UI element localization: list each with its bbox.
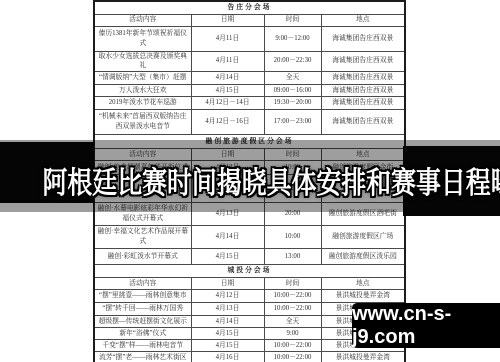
table-cell: 傣历1381年新年节颂祝祈福仪式 <box>94 26 191 51</box>
table-cell: 全天 <box>264 72 321 85</box>
table-cell: 09:00－16:00 <box>264 85 321 97</box>
watermark-text: www.cn-s-j9.com <box>352 303 500 349</box>
table-cell: 4月14日 <box>191 72 264 85</box>
table-cell: 4月11日 <box>191 26 264 51</box>
table-cell: 海诚集团告庄西双景 <box>321 110 405 135</box>
table-cell: 4月11日 <box>191 51 264 72</box>
table-cell: 13:00 <box>264 249 321 265</box>
section-title: 告庄分会场 <box>94 1 405 14</box>
table-cell: 景洪城投曼弄金湾 <box>321 290 405 303</box>
column-header: 地点 <box>321 14 405 26</box>
table-row: 2019年泼水节花车巡游4月12日－14日19:30－20:00海诚集团告庄西双… <box>94 97 405 110</box>
watermark-badge: www.cn-s-j9.com <box>352 303 500 348</box>
column-header: 时间 <box>264 14 321 26</box>
table-cell: 海诚集团告庄西双景 <box>321 26 405 51</box>
news-image: 告庄分会场活动内容日期时间地点傣历1381年新年节颂祝祈福仪式4月11日9:00… <box>0 0 500 362</box>
table-cell: 海诚集团告庄西双景 <box>321 51 405 72</box>
table-cell: 全天 <box>264 316 321 328</box>
table-cell: 4月12日－14日 <box>191 97 264 110</box>
table-cell: “机械未来”首届西双版纳告庄西双景泼水电音节 <box>94 110 191 135</box>
table-cell: 10:00－22:00 <box>264 340 321 352</box>
table-cell: 10:00 <box>264 226 321 249</box>
table-cell: 融创·幸福文化艺术作品展开幕式 <box>94 226 191 249</box>
table-row: “情调版纳”大型（集市）赶摆4月14日全天海诚集团告庄西双景 <box>94 72 405 85</box>
table-row: “机械未来”首届西双版纳告庄西双景泼水电音节4月12日－16日17:00－23:… <box>94 110 405 135</box>
table-cell: 融创·彩虹泼水节开幕式 <box>94 249 191 265</box>
table-row: 傣历1381年新年节颂祝祈福仪式4月11日9:00－12:00海诚集团告庄西双景 <box>94 26 405 51</box>
table-cell: 4月15日 <box>191 340 264 352</box>
headline-text: 阿根廷比赛时间揭晓具体安排和赛事日程曝光 <box>43 161 458 207</box>
table-cell: 4月14日 <box>191 316 264 328</box>
table-cell: 海诚集团告庄西双景 <box>321 72 405 85</box>
column-header: 活动内容 <box>94 14 191 26</box>
column-header: 日期 <box>191 278 264 290</box>
table-row: 流芳“摆”老——雨林艺术街区4月16日10:00－22:00景洪城投曼弄金湾 <box>94 352 405 362</box>
table-cell: 9:00－12:00 <box>264 26 321 51</box>
table-cell: 融创旅游度假区广场 <box>321 226 405 249</box>
table-row: 取水少女选拔总决赛及颁奖典礼4月11日20:00－22:30海诚集团告庄西双景 <box>94 51 405 72</box>
table-cell: 海诚集团告庄西双景 <box>321 85 405 97</box>
table-cell: 4月16日 <box>191 352 264 362</box>
table-cell: 海诚集团告庄西双景 <box>321 97 405 110</box>
table-cell: 超级摆—传统赶摆街文化展示 <box>94 316 191 328</box>
table-cell: 10:00－22:00 <box>264 303 321 316</box>
table-cell: “摆”转千回——雨林万国秀 <box>94 303 191 316</box>
table-cell: “情调版纳”大型（集市）赶摆 <box>94 72 191 85</box>
table-cell: 4月15日 <box>191 85 264 97</box>
table-row: 融创·幸福文化艺术作品展开幕式4月14日10:00融创旅游度假区广场 <box>94 226 405 249</box>
table-cell: 4月12日 <box>191 290 264 303</box>
table-cell: 千变“摆”样——雨林电音节 <box>94 340 191 352</box>
table-cell: 取水少女选拔总决赛及颁奖典礼 <box>94 51 191 72</box>
column-header: 活动内容 <box>94 278 191 290</box>
table-cell: 4月14日 <box>191 226 264 249</box>
table-cell: 融创旅游度假区泼乐园 <box>321 249 405 265</box>
table-cell: 4月13日 <box>191 303 264 316</box>
table-cell: 4月12日－16日 <box>191 110 264 135</box>
table-cell: 9:00 <box>264 328 321 340</box>
table-cell: 10:00－22:00 <box>264 290 321 303</box>
table-cell: 20:00－22:30 <box>264 51 321 72</box>
column-header: 日期 <box>191 14 264 26</box>
section-title: 城投分会场 <box>94 265 405 278</box>
column-header: 时间 <box>264 278 321 290</box>
table-cell: “摆”里挑壹——雨林创意集市 <box>94 290 191 303</box>
table-cell: 10:00－22:00 <box>264 352 321 362</box>
table-cell: 2019年泼水节花车巡游 <box>94 97 191 110</box>
table-cell: 19:30－20:00 <box>264 97 321 110</box>
table-cell: 4月15日 <box>191 328 264 340</box>
table-row: 万人泼水大狂欢4月15日09:00－16:00海诚集团告庄西双景 <box>94 85 405 97</box>
table-row: 融创·彩虹泼水节开幕式4月15日13:00融创旅游度假区泼乐园 <box>94 249 405 265</box>
table-row: “摆”里挑壹——雨林创意集市4月12日10:00－22:00景洪城投曼弄金湾 <box>94 290 405 303</box>
table-cell: 17:00－23:00 <box>264 110 321 135</box>
table-cell: 新年“浴佛”仪式 <box>94 328 191 340</box>
table-cell: 4月15日 <box>191 249 264 265</box>
table-cell: 万人泼水大狂欢 <box>94 85 191 97</box>
table-cell: 流芳“摆”老——雨林艺术街区 <box>94 352 191 362</box>
column-header: 地点 <box>321 278 405 290</box>
table-cell: 景洪城投曼弄金湾 <box>321 352 405 362</box>
